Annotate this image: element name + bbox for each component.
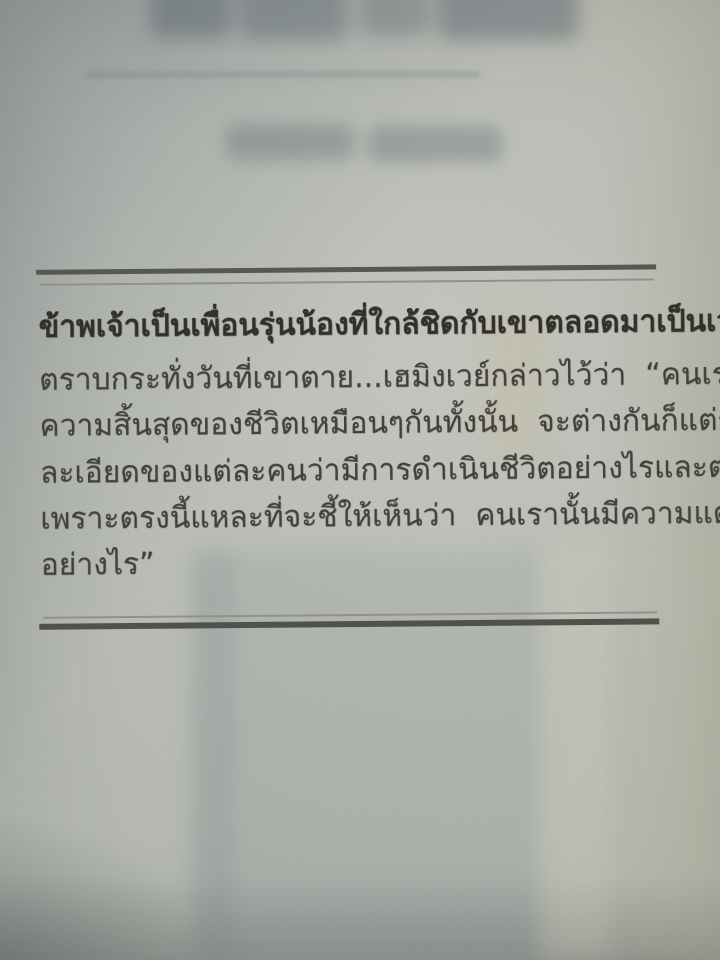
quote-line-3: ความสิ้นสุดของชีวิตเหมือนๆกันทั้งนั้น จะ…	[39, 399, 687, 449]
book-page-photo: ข้าพเจ้าเป็นเพื่อนรุ่นน้องที่ใกล้ชิดกับเ…	[0, 0, 720, 960]
top-rule-thin	[40, 278, 654, 285]
bottom-rule-thin	[43, 611, 657, 618]
quote-block: ข้าพเจ้าเป็นเพื่อนรุ่นน้องที่ใกล้ชิดกับเ…	[0, 0, 720, 960]
quote-line-6: อย่างไร”	[41, 538, 689, 588]
quote-line-5: เพราะตรงนี้แหละที่จะชี้ให้เห็นว่า คนเราน…	[40, 492, 688, 542]
bottom-rule-thick	[39, 618, 659, 629]
quote-line-1: ข้าพเจ้าเป็นเพื่อนรุ่นน้องที่ใกล้ชิดกับเ…	[38, 300, 686, 350]
quote-line-4: ละเอียดของแต่ละคนว่ามีการดำเนินชีวิตอย่า…	[40, 446, 688, 496]
quote-line-2: ตราบกระทั่งวันที่เขาตาย...เฮมิงเวย์กล่าว…	[39, 353, 687, 403]
top-rule-thick	[36, 264, 656, 274]
